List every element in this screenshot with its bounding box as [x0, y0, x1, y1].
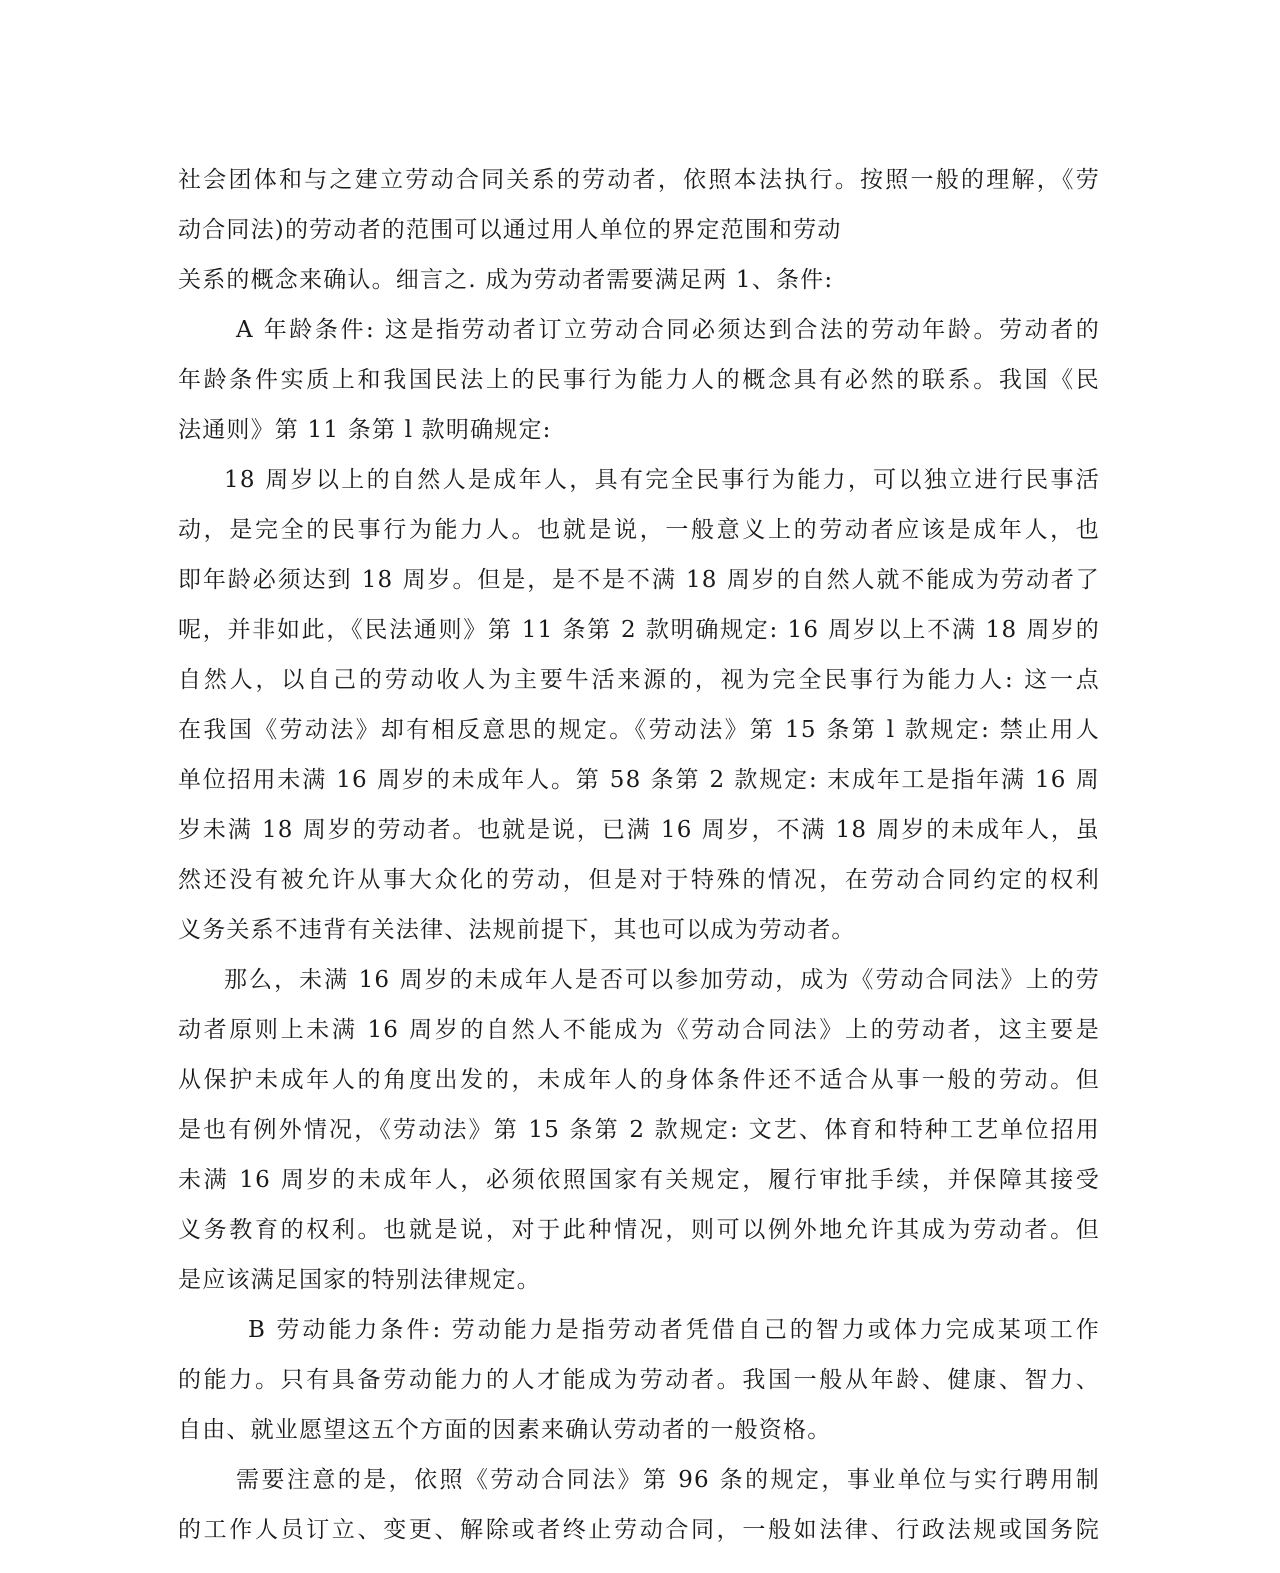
- text-line: 的工作人员订立、变更、解除或者终止劳动合同，一般如法律、行政法规或国务院: [178, 1510, 1100, 1550]
- text-line: 是也有例外情况，《劳动法》第 15 条第 2 款规定: 文艺、体育和特种工艺单位…: [178, 1110, 1100, 1150]
- paragraph-b-labor-capacity: B 劳动能力条件: 劳动能力是指劳动者凭借自己的智力或体力完成某项工作: [248, 1310, 1100, 1350]
- text-line: 义务教育的权利。也就是说，对于此种情况，则可以例外地允许其成为劳动者。但: [178, 1210, 1100, 1250]
- text-line: 然还没有被允许从事大众化的劳动，但是对于特殊的情况，在劳动合同约定的权利: [178, 860, 1100, 900]
- document-page: 社会团体和与之建立劳动合同关系的劳动者，依照本法执行。按照一般的理解，《劳 动合…: [0, 0, 1280, 1573]
- text-line: 岁未满 18 周岁的劳动者。也就是说，已满 16 周岁，不满 18 周岁的未成年…: [178, 810, 1100, 850]
- text-line: 动，是完全的民事行为能力人。也就是说，一般意义上的劳动者应该是成年人，也: [178, 510, 1100, 550]
- text-line: 法通则》第 11 条第 l 款明确规定:: [178, 410, 1100, 450]
- text-line: 是应该满足国家的特别法律规定。: [178, 1260, 1100, 1300]
- text-line: 自由、就业愿望这五个方面的因素来确认劳动者的一般资格。: [178, 1410, 1100, 1450]
- text-line: 自然人，以自己的劳动收人为主要牛活来源的，视为完全民事行为能力人: 这一点: [178, 660, 1100, 700]
- text-line: 动合同法)的劳动者的范围可以通过用人单位的界定范围和劳动: [178, 210, 1100, 250]
- text-line: 社会团体和与之建立劳动合同关系的劳动者，依照本法执行。按照一般的理解，《劳: [178, 160, 1100, 200]
- text-line: 从保护未成年人的角度出发的，未成年人的身体条件还不适合从事一般的劳动。但: [178, 1060, 1100, 1100]
- text-line: 在我国《劳动法》却有相反意思的规定。《劳动法》第 15 条第 l 款规定: 禁止…: [178, 710, 1100, 750]
- text-line: 年龄条件实质上和我国民法上的民事行为能力人的概念具有必然的联系。我国《民: [178, 360, 1100, 400]
- text-line: 动者原则上未满 16 周岁的自然人不能成为《劳动合同法》上的劳动者，这主要是: [178, 1010, 1100, 1050]
- text-line: 关系的概念来确认。细言之. 成为劳动者需要满足两 1、条件:: [178, 260, 1100, 300]
- paragraph-adult-definition: 18 周岁以上的自然人是成年人，具有完全民事行为能力，可以独立进行民事活: [224, 460, 1100, 500]
- text-line: 即年龄必须达到 18 周岁。但是，是不是不满 18 周岁的自然人就不能成为劳动者…: [178, 560, 1100, 600]
- text-line: 单位招用未满 16 周岁的未成年人。第 58 条第 2 款规定: 末成年工是指年…: [178, 760, 1100, 800]
- paragraph-note-article-96: 需要注意的是，依照《劳动合同法》第 96 条的规定，事业单位与实行聘用制: [236, 1460, 1100, 1500]
- text-line: 呢，并非如此，《民法通则》第 11 条第 2 款明确规定: 16 周岁以上不满 …: [178, 610, 1100, 650]
- text-line: 的能力。只有具备劳动能力的人才能成为劳动者。我国一般从年龄、健康、智力、: [178, 1360, 1100, 1400]
- text-line: 未满 16 周岁的未成年人，必须依照国家有关规定，履行审批手续，并保障其接受: [178, 1160, 1100, 1200]
- text-line: 义务关系不违背有关法律、法规前提下，其也可以成为劳动者。: [178, 910, 1100, 950]
- paragraph-under-16: 那么，未满 16 周岁的未成年人是否可以参加劳动，成为《劳动合同法》上的劳: [224, 960, 1100, 1000]
- paragraph-a-age-condition: A 年龄条件: 这是指劳动者订立劳动合同必须达到合法的劳动年龄。劳动者的: [236, 310, 1100, 350]
